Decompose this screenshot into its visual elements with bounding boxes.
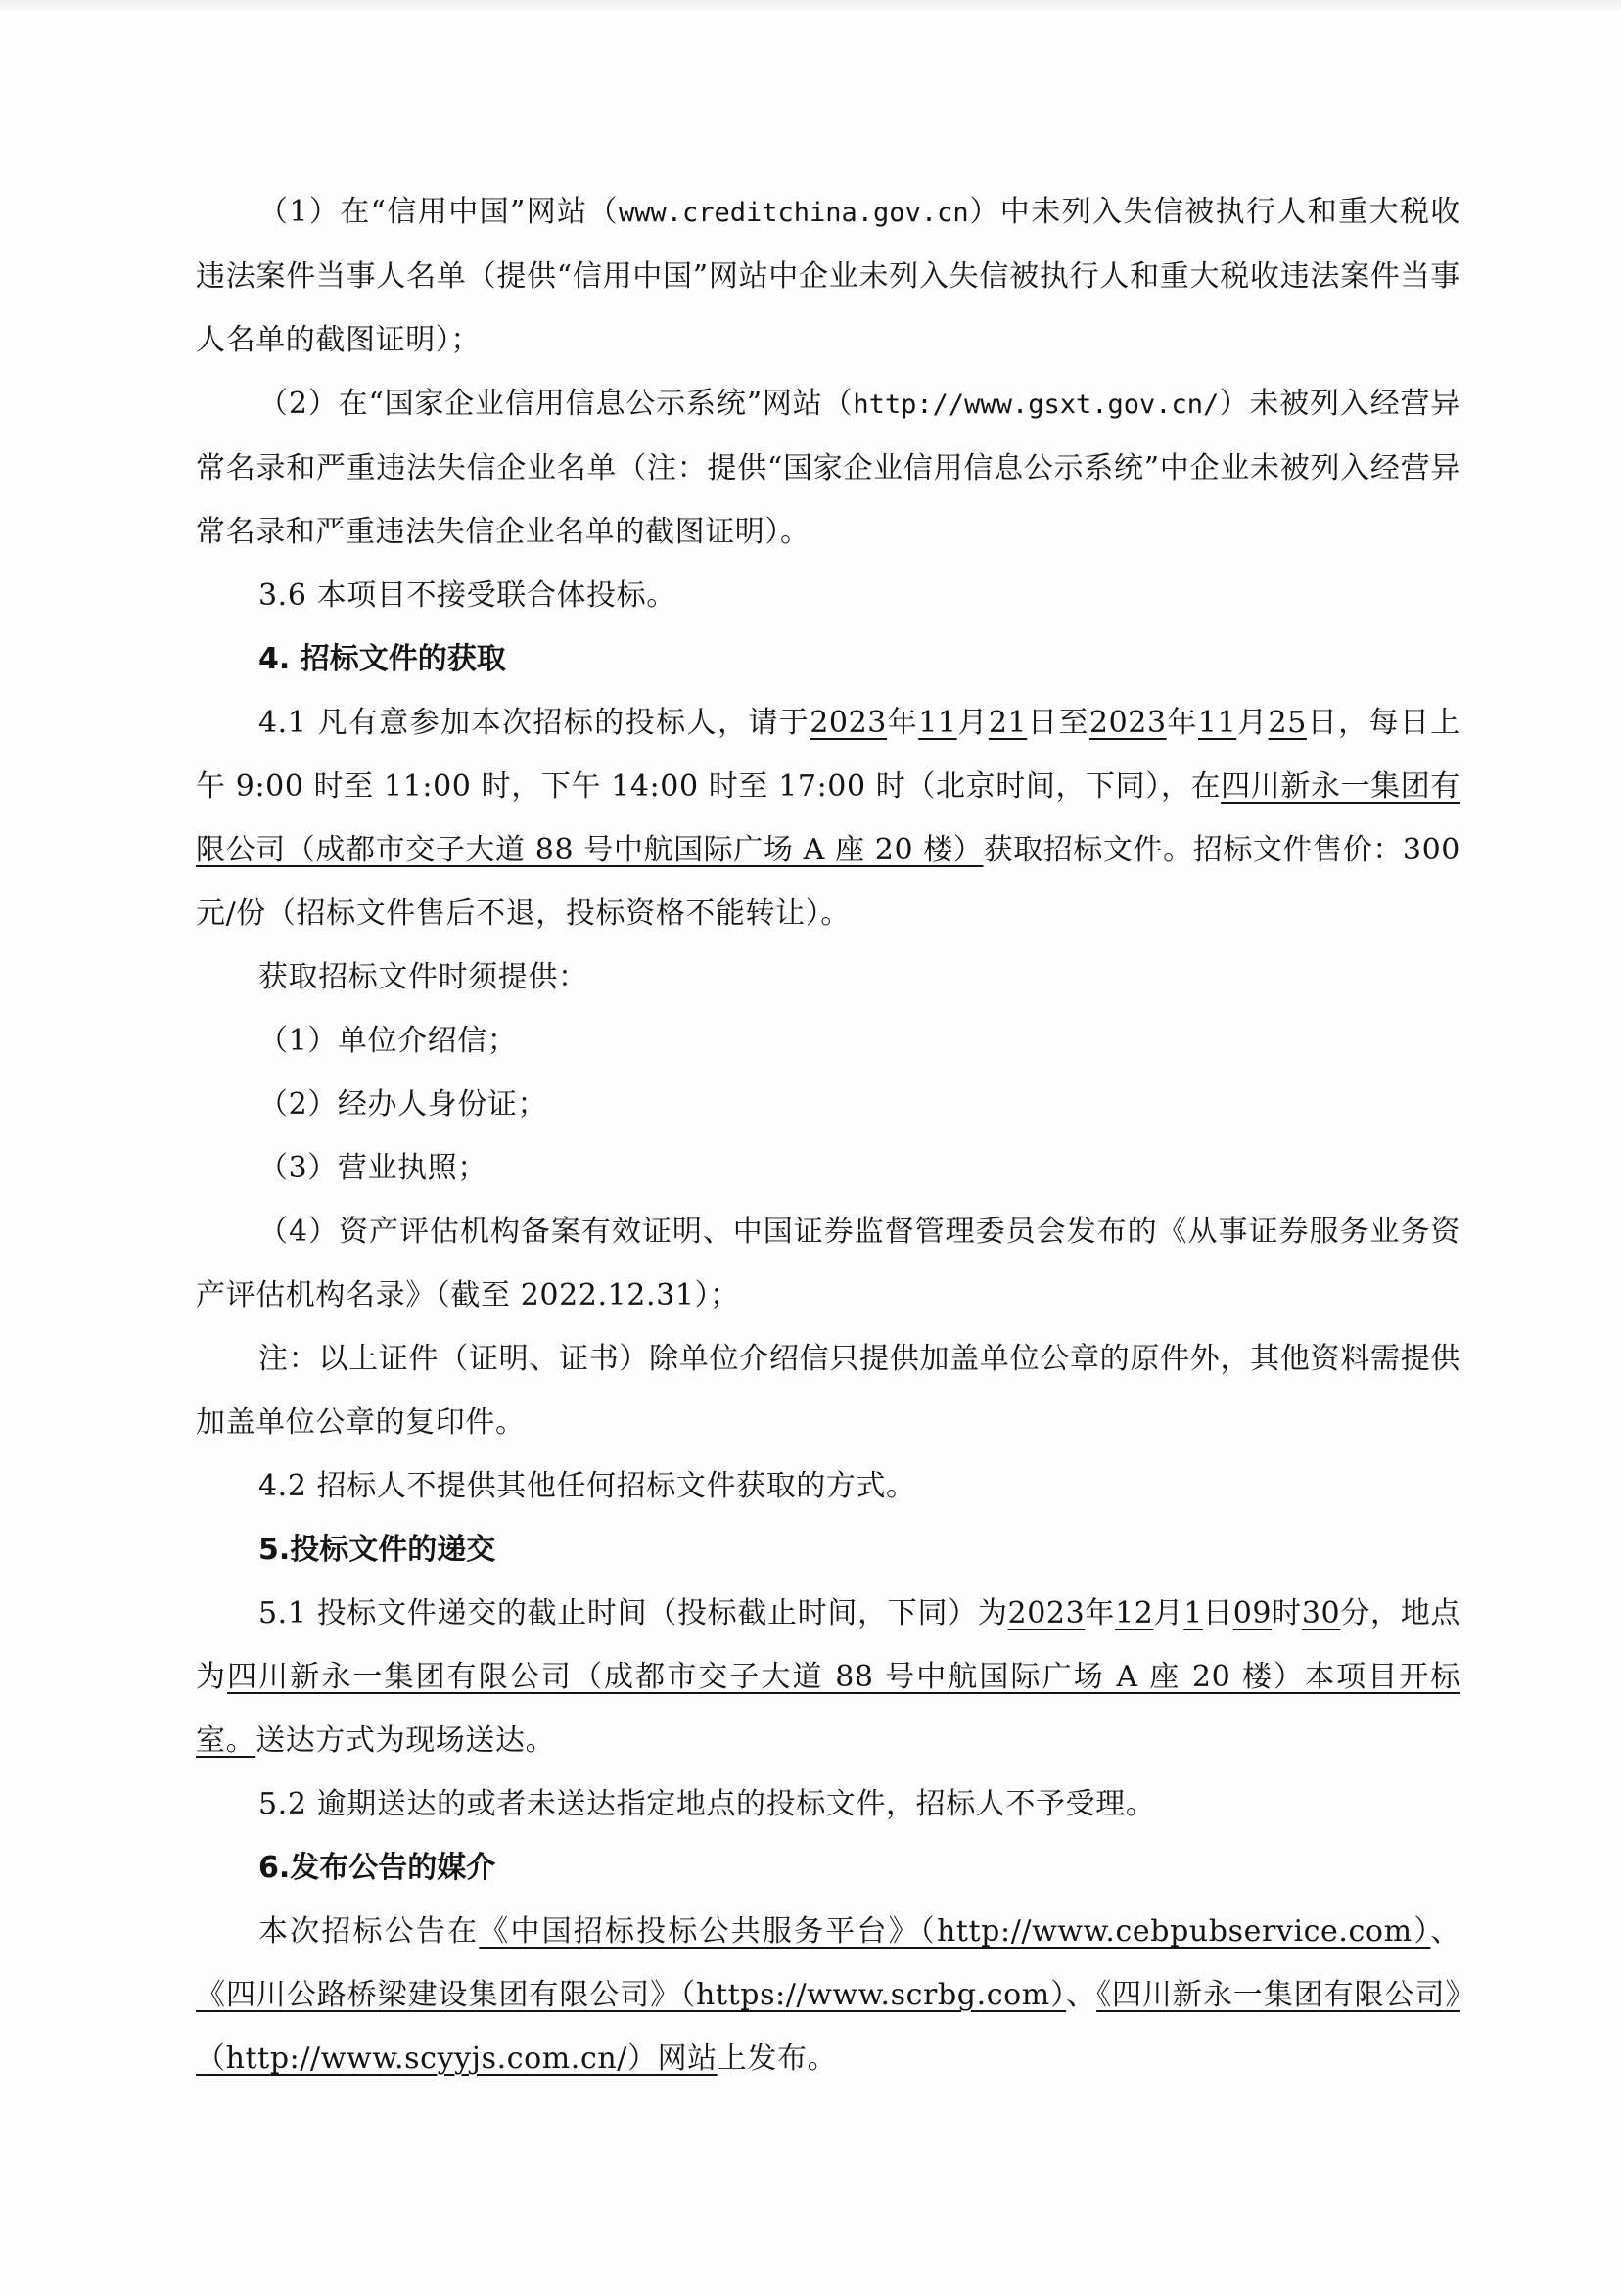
text: 上发布。 [718, 2042, 837, 2076]
end-month: 11 [1198, 706, 1236, 740]
text: 时 [1272, 1596, 1302, 1630]
media-link-scrbg: 《四川公路桥梁建设集团有限公司》（https://www.scrbg.com） [196, 1978, 1066, 2012]
deadline-minute: 30 [1302, 1596, 1340, 1630]
text: 5.1 投标文件递交的截止时间（投标截止时间，下同）为 [258, 1596, 1008, 1630]
deadline-year: 2023 [1008, 1596, 1086, 1630]
start-day: 21 [989, 706, 1027, 740]
paragraph-gsxt-requirement: （2）在“国家企业信用信息公示系统”网站（http://www.gsxt.gov… [196, 372, 1460, 564]
text: 日 [1203, 1596, 1233, 1630]
text: 年 [887, 706, 918, 740]
section-6-heading: 6.发布公告的媒介 [196, 1836, 1460, 1900]
paragraph-4-1: 4.1 凡有意参加本次招标的投标人，请于2023年11月21日至2023年11月… [196, 691, 1460, 945]
deadline-month: 12 [1115, 1596, 1153, 1630]
paragraph-5-1: 5.1 投标文件递交的截止时间（投标截止时间，下同）为2023年12月1日09时… [196, 1582, 1460, 1772]
text: 月 [1236, 706, 1268, 740]
section-5-heading: 5.投标文件的递交 [196, 1518, 1460, 1582]
scan-edge [0, 0, 1621, 12]
start-month: 11 [918, 706, 956, 740]
end-year: 2023 [1089, 706, 1167, 740]
section-4-heading: 4. 招标文件的获取 [196, 627, 1460, 691]
paragraph-creditchina-requirement: （1）在“信用中国”网站（www.creditchina.gov.cn）中未列入… [196, 180, 1460, 372]
requirements-note: 注：以上证件（证明、证书）除单位介绍信只提供加盖单位公章的原件外，其他资料需提供… [196, 1327, 1460, 1454]
text: 日至 [1027, 706, 1089, 740]
text: 送达方式为现场送达。 [255, 1723, 555, 1758]
requirements-intro: 获取招标文件时须提供： [196, 945, 1460, 1009]
media-link-cebpubservice: 《中国招标投标公共服务平台》（http://www.cebpubservice.… [479, 1914, 1430, 1949]
requirement-item: （1）单位介绍信； [196, 1009, 1460, 1073]
requirement-item: （4）资产评估机构备案有效证明、中国证券监督管理委员会发布的《从事证券服务业务资… [196, 1200, 1460, 1327]
deadline-hour: 09 [1233, 1596, 1272, 1630]
paragraph-4-2: 4.2 招标人不提供其他任何招标文件获取的方式。 [196, 1454, 1460, 1518]
start-year: 2023 [810, 706, 887, 740]
requirement-item: （2）经办人身份证； [196, 1073, 1460, 1136]
text: （1）在“信用中国”网站（ [258, 195, 619, 229]
deadline-day: 1 [1183, 1596, 1203, 1630]
text: 月 [957, 706, 989, 740]
text: （2）在“国家企业信用信息公示系统”网站（ [258, 387, 853, 421]
paragraph-3-6: 3.6 本项目不接受联合体投标。 [196, 564, 1460, 627]
text: 、 [1066, 1978, 1096, 2012]
paragraph-5-2: 5.2 逾期送达的或者未送达指定地点的投标文件，招标人不予受理。 [196, 1772, 1460, 1836]
text: 本次招标公告在 [258, 1914, 479, 1949]
text: 月 [1153, 1596, 1183, 1630]
text: 4.1 凡有意参加本次招标的投标人，请于 [258, 706, 810, 740]
paragraph-6-media: 本次招标公告在《中国招标投标公共服务平台》（http://www.cebpubs… [196, 1900, 1460, 2090]
text: 年 [1167, 706, 1198, 740]
text: 、 [1430, 1914, 1460, 1949]
requirement-item: （3）营业执照； [196, 1136, 1460, 1200]
document-page: （1）在“信用中国”网站（www.creditchina.gov.cn）中未列入… [196, 180, 1460, 2090]
text: 年 [1085, 1596, 1115, 1630]
end-day: 25 [1269, 706, 1307, 740]
gsxt-url: http://www.gsxt.gov.cn/ [853, 390, 1219, 420]
creditchina-url: www.creditchina.gov.cn [619, 198, 969, 228]
